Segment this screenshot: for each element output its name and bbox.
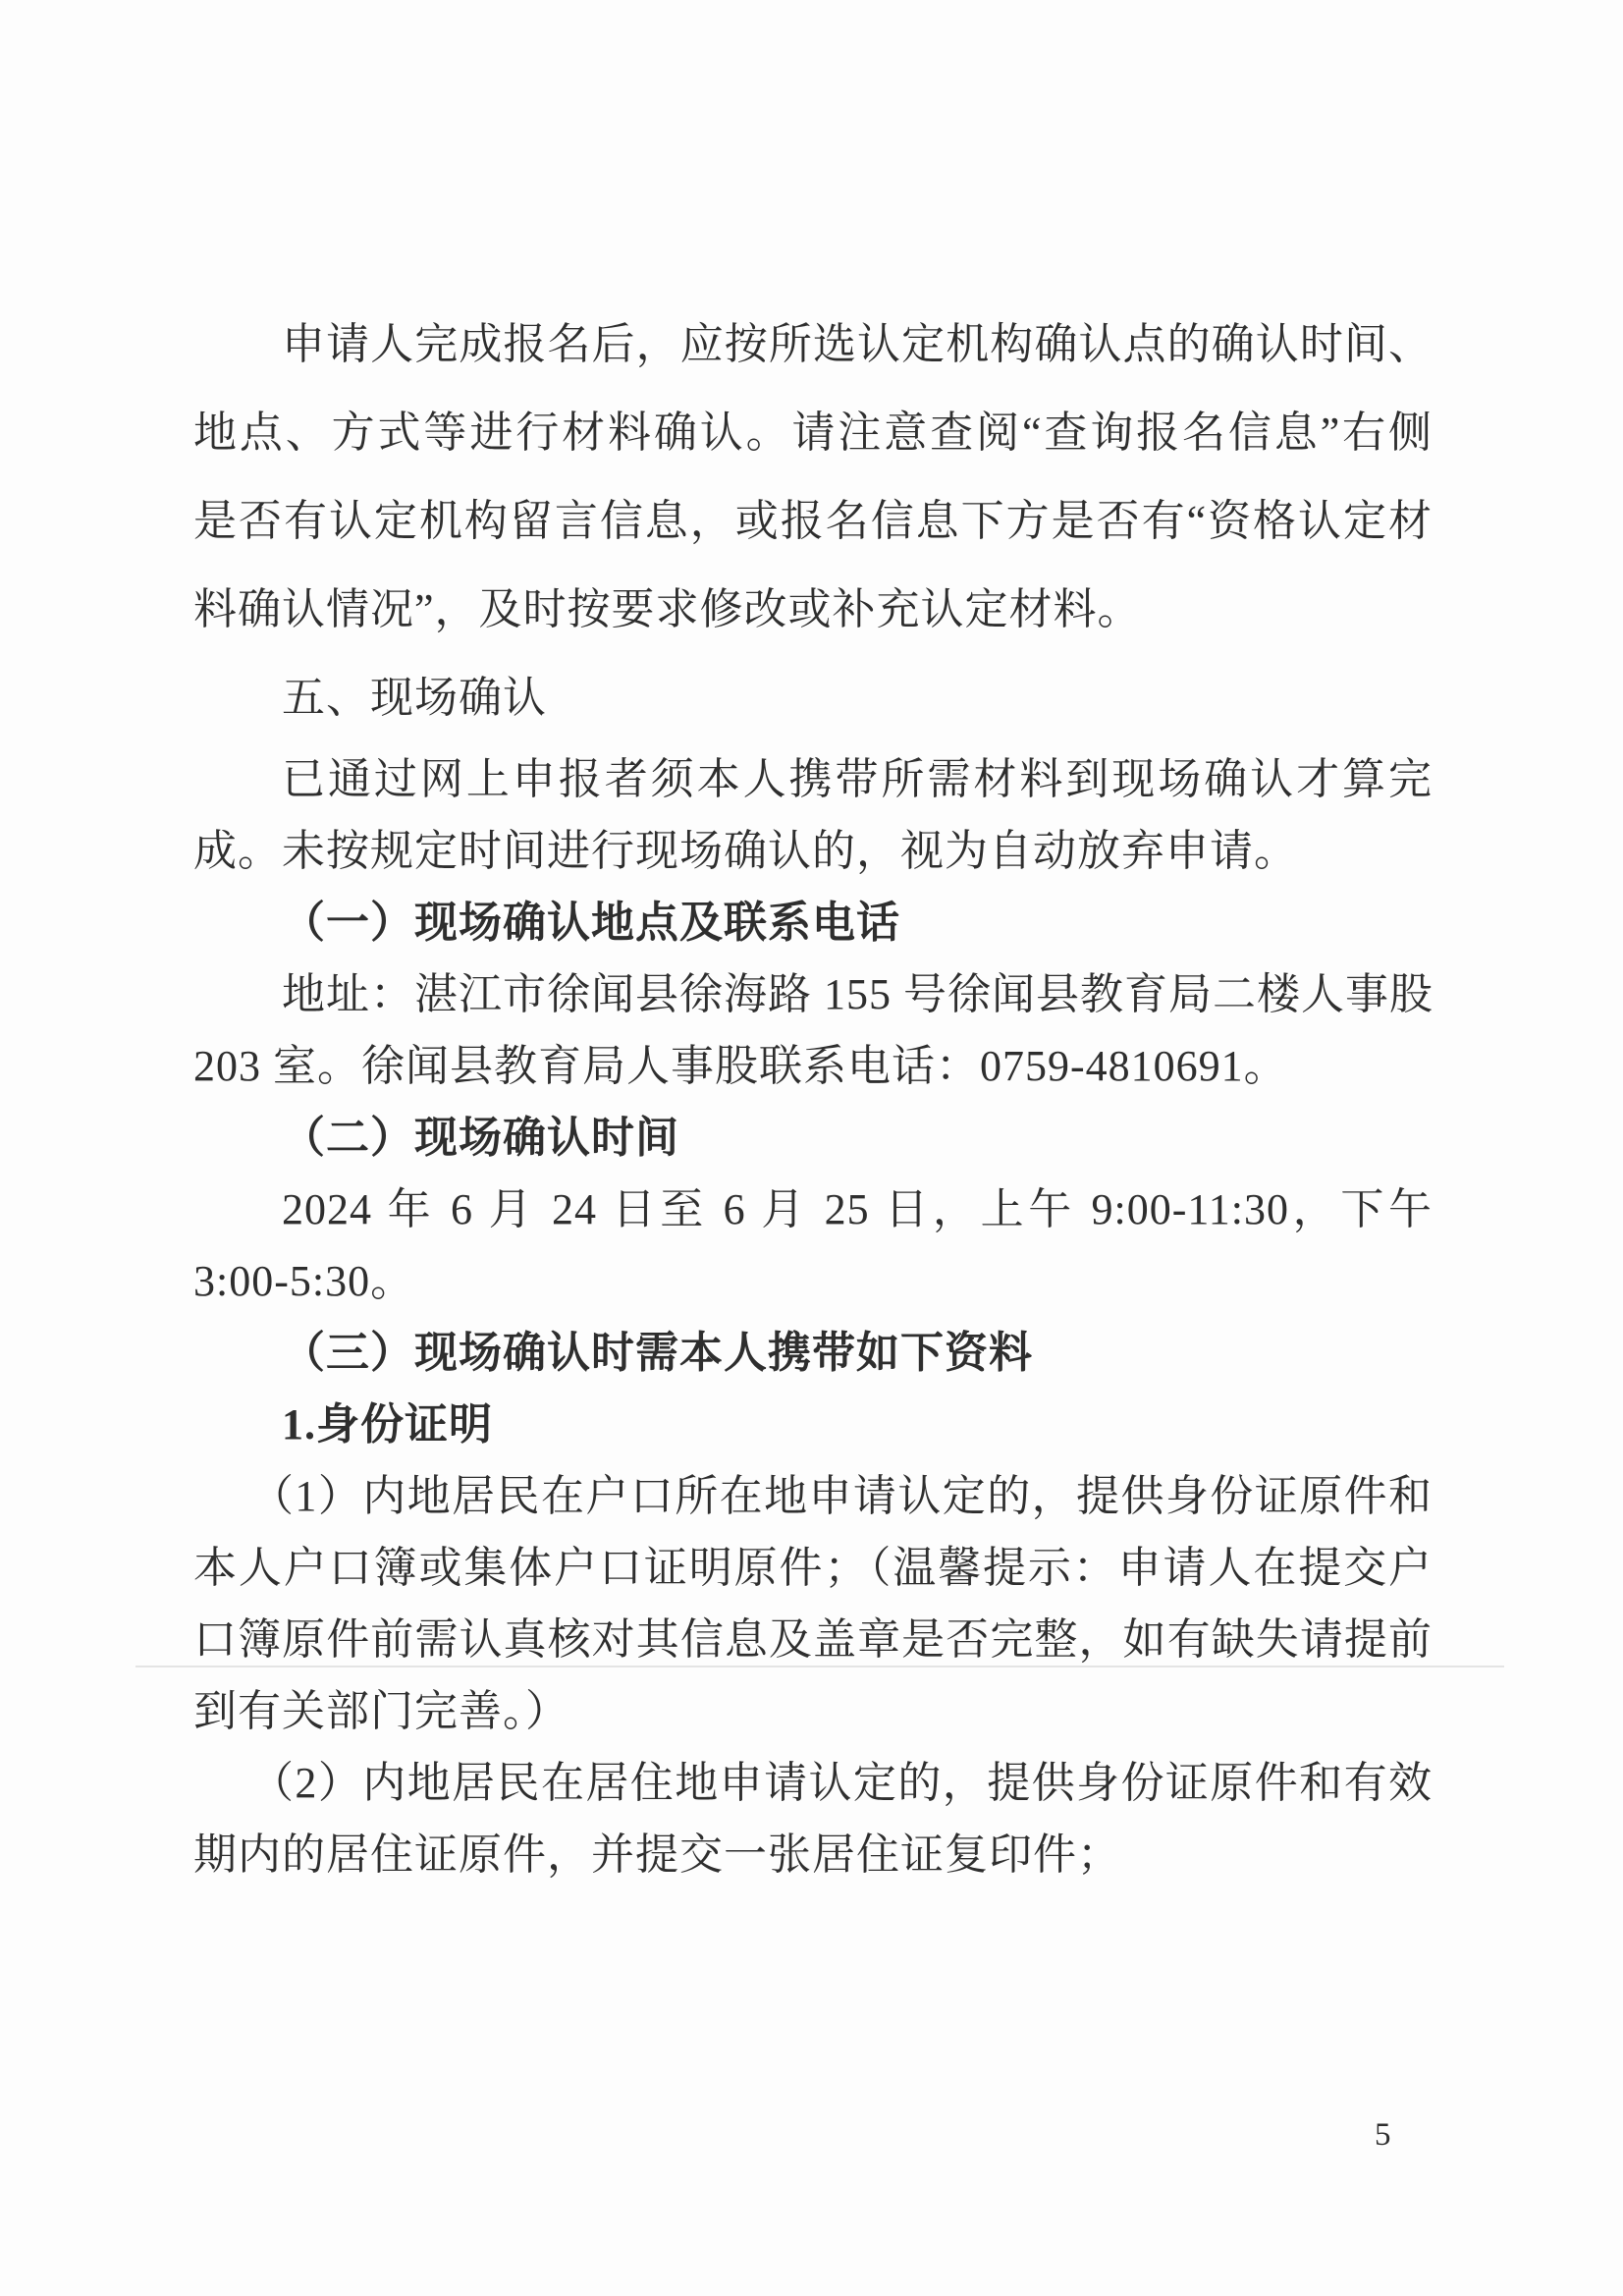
text-line: 是否有认定机构留言信息，或报名信息下方是否有“资格认定材	[193, 498, 1433, 586]
text-line: （二）现场确认时间	[193, 1115, 1433, 1186]
text-line: 口簿原件前需认真核对其信息及盖章是否完整，如有缺失请提前	[193, 1616, 1433, 1688]
text-line: 203 室。徐闻县教育局人事股联系电话：0759-4810691。	[193, 1043, 1433, 1115]
document-page: 申请人完成报名后，应按所选认定机构确认点的确认时间、地点、方式等进行材料确认。请…	[0, 0, 1623, 2296]
text-line: 1.身份证明	[193, 1401, 1433, 1473]
para-onsite-requirement: 已通过网上申报者须本人携带所需材料到现场确认才算完成。未按规定时间进行现场确认的…	[193, 756, 1433, 900]
text-line: 料确认情况”，及时按要求修改或补充认定材料。	[193, 586, 1433, 675]
text-line: 地点、方式等进行材料确认。请注意查阅“查询报名信息”右侧	[193, 410, 1433, 498]
text-line: （2）内地居民在居住地申请认定的，提供身份证原件和有效	[193, 1760, 1433, 1831]
text-line: 2024 年 6 月 24 日至 6 月 25 日，上午 9:00-11:30，…	[193, 1186, 1433, 1258]
page-number: 5	[1375, 2117, 1391, 2154]
para-address: 地址：湛江市徐闻县徐海路 155 号徐闻县教育局二楼人事股203 室。徐闻县教育…	[193, 971, 1433, 1115]
para-item-2: （2）内地居民在居住地申请认定的，提供身份证原件和有效期内的居住证原件，并提交一…	[193, 1760, 1433, 1903]
heading-5-2: （二）现场确认时间	[193, 1115, 1433, 1186]
text-line: 五、现场确认	[193, 675, 1433, 746]
heading-5-3: （三）现场确认时需本人携带如下资料	[193, 1330, 1433, 1401]
text-line: 地址：湛江市徐闻县徐海路 155 号徐闻县教育局二楼人事股	[193, 971, 1433, 1043]
text-line: 到有关部门完善。）	[193, 1688, 1433, 1760]
scan-artifact-line	[135, 1666, 1504, 1667]
heading-5-1: （一）现场确认地点及联系电话	[193, 900, 1433, 971]
text-line: （一）现场确认地点及联系电话	[193, 900, 1433, 971]
text-line: 本人户口簿或集体户口证明原件；（温馨提示：申请人在提交户	[193, 1545, 1433, 1616]
para-time: 2024 年 6 月 24 日至 6 月 25 日，上午 9:00-11:30，…	[193, 1186, 1433, 1330]
text-line: 3:00-5:30。	[193, 1258, 1433, 1330]
text-line: 成。未按规定时间进行现场确认的，视为自动放弃申请。	[193, 828, 1433, 900]
heading-identity-proof: 1.身份证明	[193, 1401, 1433, 1473]
text-line: （1）内地居民在户口所在地申请认定的，提供身份证原件和	[193, 1473, 1433, 1545]
text-line: 已通过网上申报者须本人携带所需材料到现场确认才算完	[193, 756, 1433, 828]
text-line: 期内的居住证原件，并提交一张居住证复印件；	[193, 1831, 1433, 1903]
heading-section-5: 五、现场确认	[193, 675, 1433, 746]
para-material-confirmation: 申请人完成报名后，应按所选认定机构确认点的确认时间、地点、方式等进行材料确认。请…	[193, 321, 1433, 675]
para-item-1: （1）内地居民在户口所在地申请认定的，提供身份证原件和本人户口簿或集体户口证明原…	[193, 1473, 1433, 1760]
text-line: 申请人完成报名后，应按所选认定机构确认点的确认时间、	[193, 321, 1433, 410]
text-line: （三）现场确认时需本人携带如下资料	[193, 1330, 1433, 1401]
